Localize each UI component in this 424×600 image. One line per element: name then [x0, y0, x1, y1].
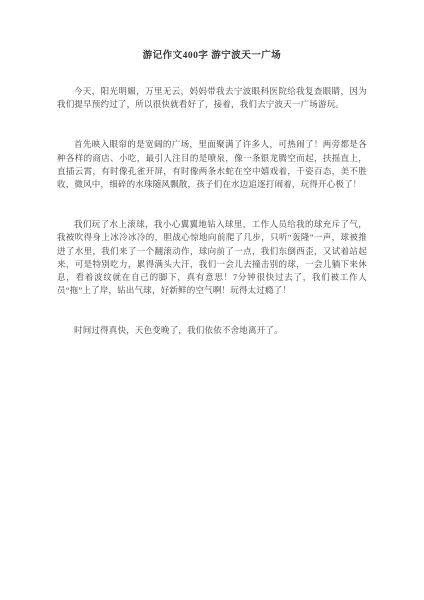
paragraph-closing: 时间过得真快，天色变晚了，我们依依不舍地离开了。 [57, 324, 367, 337]
paragraph-water-ball: 我们玩了水上滚球，我小心翼翼地钻入球里，工作人员给我的球充斥了气，我被吹得身上冰… [57, 218, 367, 297]
paragraph-square-fountain: 首先映入眼帘的是宽阔的广场，里面聚满了许多人，可热闹了！两旁都是各种各样的商店、… [57, 138, 367, 191]
document-page: 游记作文400字 游宁波天一广场 今天，阳光明媚，万里无云，妈妈带我去宁波眼科医… [0, 0, 424, 600]
document-title: 游记作文400字 游宁波天一广场 [57, 50, 367, 63]
paragraph-intro: 今天，阳光明媚，万里无云，妈妈带我去宁波眼科医院给我复查眼睛，因为我们提早预约过… [57, 85, 367, 111]
